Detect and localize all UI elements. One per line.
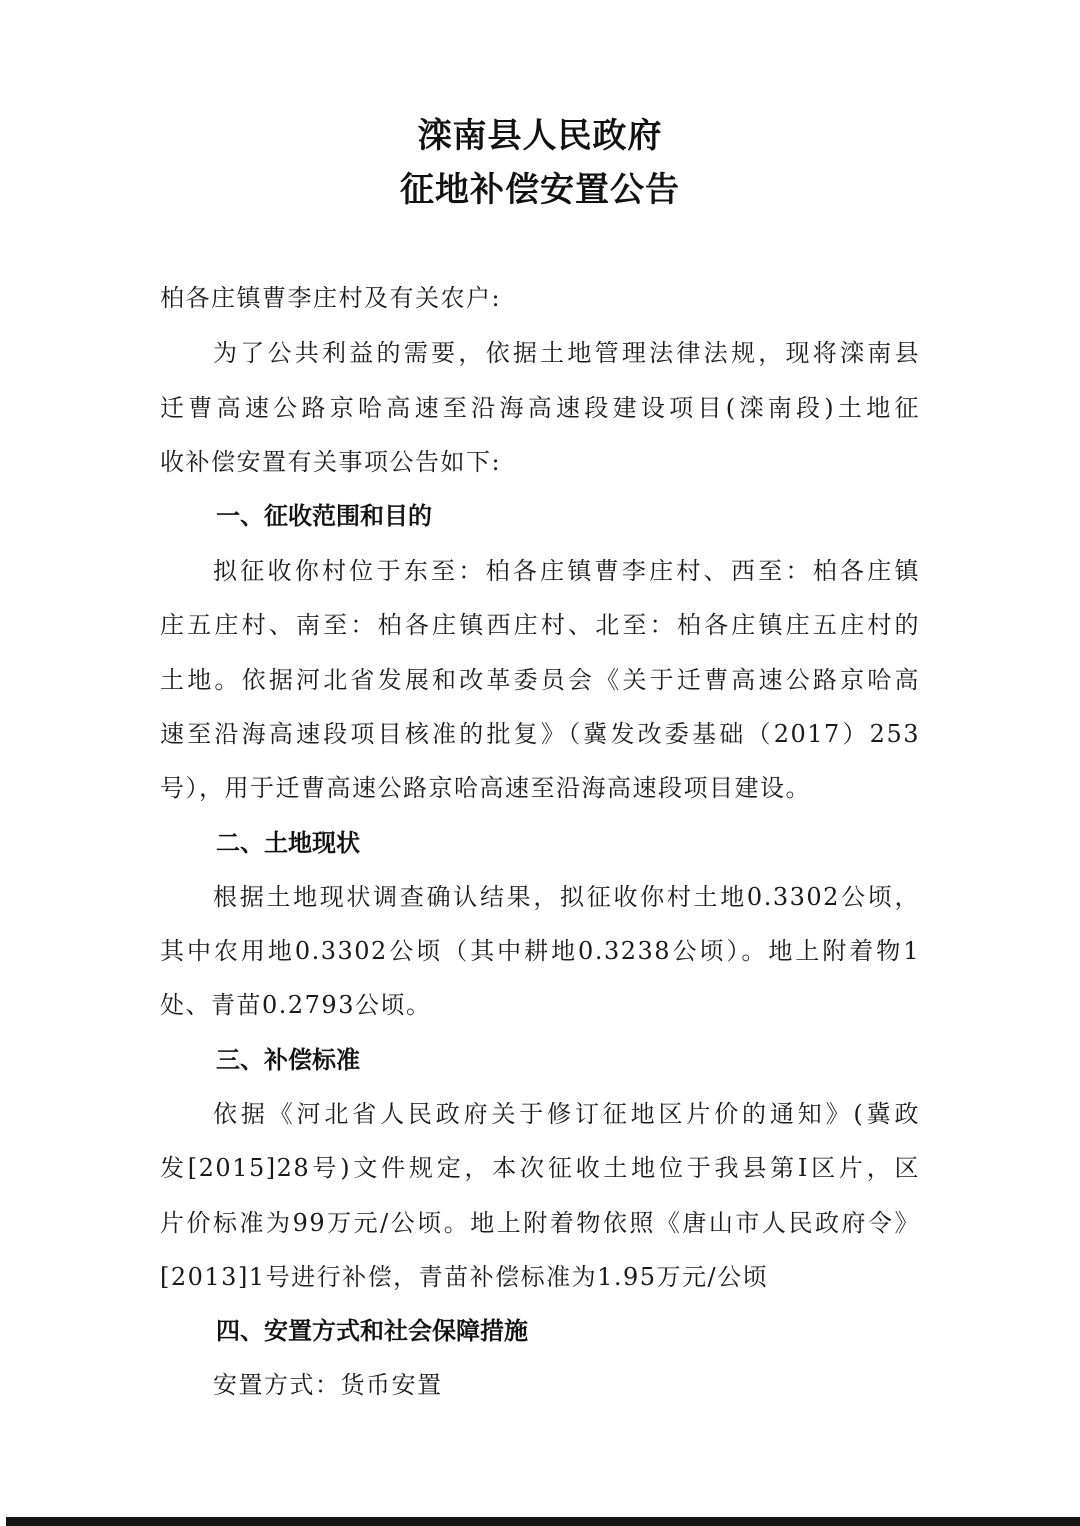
section-line: 片价标准为99万元/公顷。地上附着物依照《唐山市人民政府令》	[160, 1207, 920, 1239]
intro-line: 为了公共利益的需要，依据土地管理法律法规，现将滦南县	[213, 337, 920, 369]
section-line: 速至沿海高速段项目核准的批复》（冀发改委基础（2017）253	[160, 718, 920, 750]
section-heading-compensation: 三、补偿标准	[216, 1044, 360, 1076]
section-line: 处、青苗0.2793公顷。	[160, 989, 920, 1021]
intro-line: 收补偿安置有关事项公告如下:	[160, 446, 920, 478]
notice-title: 征地补偿安置公告	[0, 162, 1080, 211]
issuer-title: 滦南县人民政府	[0, 108, 1080, 157]
section-line: 拟征收你村位于东至：柏各庄镇曹李庄村、西至：柏各庄镇	[213, 555, 920, 587]
section-line: 发[2015]28号)文件规定，本次征收土地位于我县第Ⅰ区片，区	[160, 1152, 920, 1184]
section-line: 其中农用地0.3302公顷（其中耕地0.3238公顷）。地上附着物1	[160, 935, 920, 967]
section-line: 庄五庄村、南至：柏各庄镇西庄村、北至：柏各庄镇庄五庄村的	[160, 609, 920, 641]
section-line: 土地。依据河北省发展和改革委员会《关于迁曹高速公路京哈高	[160, 664, 920, 696]
addressee: 柏各庄镇曹李庄村及有关农户:	[160, 282, 920, 314]
scan-bottom-edge	[6, 1517, 1080, 1526]
intro-line: 迁曹高速公路京哈高速至沿海高速段建设项目(滦南段)土地征	[160, 392, 920, 424]
section-heading-land-status: 二、土地现状	[216, 827, 360, 859]
document-page: 滦南县人民政府 征地补偿安置公告 柏各庄镇曹李庄村及有关农户: 为了公共利益的需…	[0, 0, 1080, 1526]
section-line: 号），用于迁曹高速公路京哈高速至沿海高速段项目建设。	[160, 772, 920, 804]
section-line: 根据土地现状调查确认结果，拟征收你村土地0.3302公顷，	[213, 881, 920, 913]
section-line: [2013]1号进行补偿，青苗补偿标准为1.95万元/公顷	[160, 1261, 920, 1293]
section-heading-scope: 一、征收范围和目的	[216, 500, 432, 532]
section-line: 安置方式：货币安置	[213, 1369, 920, 1401]
section-line: 依据《河北省人民政府关于修订征地区片价的通知》(冀政	[213, 1098, 920, 1130]
section-heading-resettlement: 四、安置方式和社会保障措施	[216, 1315, 528, 1347]
